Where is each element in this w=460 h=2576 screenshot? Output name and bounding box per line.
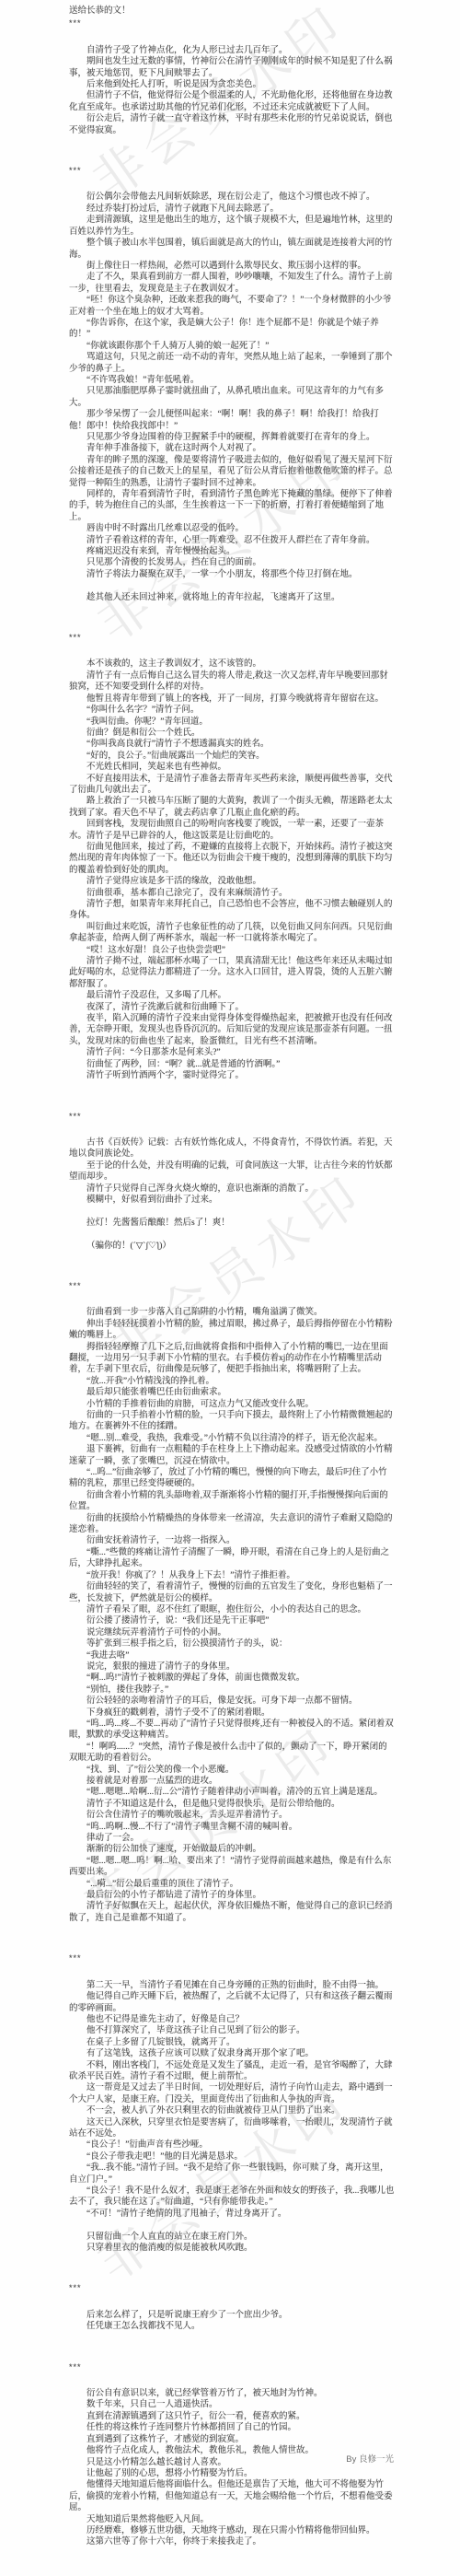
story-paragraph: 天地知道后果然将他贬入凡间。: [69, 2514, 396, 2525]
story-paragraph: 律动了一会。: [69, 1833, 396, 1844]
story-paragraph: “你叫我高良就行”清竹子不想透漏真实的姓名。: [69, 739, 396, 750]
story-paragraph: 衍曲看到一步一步落入自己陷阱的小竹精，嘴角溢满了微笑。: [69, 1307, 396, 1318]
story-paragraph: 衍公走后，清竹子就一直守着这竹林，平时有那些未化形的竹兄弟说说话，倒也不觉得寂寞…: [69, 113, 396, 136]
story-paragraph: 最后清竹子没忍住，又多喝了几杯。: [69, 990, 396, 1001]
story-paragraph: 他记得自己昨天睡下后，被热醒了，之后就不太记得了，只有和这孩子翻云覆雨的零碎画面…: [69, 1991, 396, 2014]
story-paragraph: 第二天一早，当清竹子看见摊在自己身旁睡的正熟的衍曲时，脸不由得一抽。: [69, 1980, 396, 1991]
section-separator: ***: [69, 2361, 396, 2372]
story-paragraph: “放...开我”小竹精浅浅的挣扎着。: [69, 1376, 396, 1387]
story-paragraph: 衍曲怔了两秒，回：“啊？就...就是普通的竹酒啊。”: [69, 1059, 396, 1070]
story-paragraph: 直到遇到了这株竹子，才感觉的到寂寞。: [69, 2434, 396, 2445]
story-paragraph: 期间也发生过无数的事情，竹神衍公在清竹子刚刚成年的时候不知是犯了什么祸事，被天地…: [69, 56, 396, 79]
story-paragraph: “啊...呜!”清竹子被刺激的弹起了身体，前面也微微发软。: [69, 1673, 396, 1684]
story-paragraph: 在桌子上多留了几锭银钱，就离开了。: [69, 2037, 396, 2048]
story-paragraph: 只留衍曲一个人直直的站立在康王府门外。: [69, 2232, 396, 2243]
story-paragraph: 清竹子有一点后悔自己这么冒失的将人带走,救这一次又怎样,青年早晚要回那豺狼窝，还…: [69, 670, 396, 694]
story-paragraph: “嗯...别...难受，我热，我难受。”小竹精不负以往清冷的样子，语无伦次起来。: [69, 1433, 396, 1444]
story-paragraph: 清竹子将法力凝聚在双手，一掌一个小朋友，将那些个侍卫打倒在地。: [69, 569, 396, 580]
story-paragraph: 小竹精的手推着衍曲的肩膀，可这点力气又能改变什么呢。: [69, 1399, 396, 1410]
story-paragraph: “...呜...”衍曲亲够了，放过了小竹精的嘴巴，慢慢的向下吻去，最后叼住了小竹…: [69, 1467, 396, 1490]
story-paragraph: 清竹子好似飘在天上，起起伏伏，浑身依旧燥热不断，他觉得自己的意识已经消散了，连自…: [69, 1901, 396, 1924]
story-paragraph: 有了这笔钱，这孩子应该可以赎了奴隶身离开那个家了吧。: [69, 2048, 396, 2059]
story-paragraph: 清竹子只觉得自己浑身火烧火燎的，意识也渐渐的消散了。: [69, 1183, 396, 1195]
story-paragraph: 衍曲轻轻的笑了，看着清竹子，慢慢的衍曲的五官发生了变化，身形也魁梧了一些，长发披…: [69, 1581, 396, 1604]
story-paragraph: 走了不久，果真看到前方一群人围着，吵吵嚷嚷，不知发生了什么。清竹子上前一步，往里…: [69, 272, 396, 295]
story-paragraph: 退下裹裤，衍曲有一点粗糙的手在柱身上上下撸动起来。没感受过情欲的小竹精迷蒙了一瞬…: [69, 1444, 396, 1467]
story-paragraph: 叫衍曲过来吃饭，清竹子也象征性的动了几筷，以免衍曲又问东问西。只见衍曲拿起茶壶，…: [69, 922, 396, 945]
section-separator: ***: [69, 17, 396, 29]
story-paragraph: “好的，良公子。”衍曲展露出一个灿烂的笑容。: [69, 751, 396, 762]
story-paragraph: 清竹子问：“今日那茶水是何来头?”: [69, 1047, 396, 1058]
story-paragraph: “呜...呜啊...慢...不行了”清竹子嘴里含糊不清的喊叫着。: [69, 1822, 396, 1833]
story-paragraph: 最后衍公的小竹子都钻进了清竹子的身体里。: [69, 1890, 396, 1901]
author-signature: By 良修一光: [346, 2452, 394, 2465]
story-paragraph: 最后却只能张着嘴巴任由衍曲索求。: [69, 1387, 396, 1398]
story-paragraph: 走到清源镇，这里是他出生的地方，这个镇子规模不大，但是遍地竹林，这里的百姓以养竹…: [69, 215, 396, 238]
story-paragraph: 拉灯！先酱酱后酿酿！然后s了！爽！: [69, 1218, 396, 1229]
story-paragraph: 不光姓氏相同，笑起来也有些神似。: [69, 762, 396, 773]
story-paragraph: 他暂且将青年带到了镇上的客栈，开了一间房，打算今晚就将青年留宿在这。: [69, 694, 396, 705]
story-paragraph: 拇指轻轻摩擦了几下之后,衍曲就将食指和中指伸入了小竹精的嘴巴,一边在里面翻搅，一…: [69, 1342, 396, 1376]
story-paragraph: “！啊呜......？”突然，清竹子像是被什么击中了似的，颤动了一下，睁开紧闭的…: [69, 1742, 396, 1765]
story-paragraph: 只见那少爷身边围着的侍卫握紧手中的硬棍，挥舞着就要打在青年的身上。: [69, 432, 396, 443]
story-paragraph: “嗯...嗯...嗯...呜！啊...哈、要出来了！”清竹子觉得前面越来越热，像…: [69, 1856, 396, 1879]
story-paragraph: 清竹子看呆了眼，忍不住红了眼眶，抱住衍公，小小的表达自己的思念。: [69, 1604, 396, 1615]
blank-line: [69, 2220, 396, 2231]
story-paragraph: 清竹子想，如果青年来拜托自己，自己恐怕也不会答应，他不习惯去触碰别人的身体。: [69, 899, 396, 922]
story-paragraph: 这一帮竟是又过去了半日时间，一切处理好后，清竹子向竹山走去，路中遇到一个大户人家…: [69, 2082, 396, 2105]
story-paragraph: 渐渐的衍公加快了速度，开始做最后的冲刺。: [69, 1844, 396, 1855]
story-paragraph: “良公子！我不是什么奴才，我是康王老爷在外面和妓女的野孩子，我...我哪儿也去不…: [69, 2186, 396, 2209]
story-paragraph: 衍公轻轻的亲吻着清竹子的耳后，像是安抚。可身下却一点都不留情。: [69, 1696, 396, 1707]
story-paragraph: “嗯...嗯嗯...哈啊...衍...公”清竹子随着律动小声叫着，清冷的五官上满…: [69, 1787, 396, 1798]
story-paragraph: 这天已入深秋，只穿里衣怕是要害病了，衍曲哆嗦着，一抬眼儿，发现清竹子就站在不远处…: [69, 2117, 396, 2140]
story-paragraph: “不可！”清竹子绝情的甩了甩袖子，背过身离开了。: [69, 2209, 396, 2220]
section-separator: ***: [69, 165, 396, 176]
story-paragraph: 衍曲见他回来，接过了药，不避嫌的直接将上衣脱下，开始抹药。清竹子被这突然出现的青…: [69, 842, 396, 876]
story-paragraph: 衍曲含着小竹精的乳头舔吻着,双手渐渐将小竹精的腿打开,手指慢慢探向后面的位置。: [69, 1490, 396, 1513]
story-paragraph: “我进去咯”: [69, 1650, 396, 1661]
story-paragraph: 后来怎么样了，只是听说康王府少了一个庶出少爷。: [69, 2310, 396, 2321]
story-paragraph: “呸！你这个臭杂种，还敢来惹我的晦气，不要命了？！”一个身材微胖的小少爷正对着一…: [69, 295, 396, 318]
story-paragraph: 他也不记得是谁先主动了，好像是自己？: [69, 2014, 396, 2025]
story-paragraph: 但清竹子不信，他觉得衍公是个很温柔的人，不光助他化形，还将他留在身边教化直至成年…: [69, 90, 396, 113]
blank-line: [69, 580, 396, 591]
story-paragraph: 衍曲的抚摸给小竹精燥热的身体带来一丝清凉，失去意识的清竹子难耐又隐隐的迷恋着。: [69, 1513, 396, 1536]
story-paragraph: “你就该跟你那个千人骑万人骑的娘一起死了！”: [69, 341, 396, 352]
story-paragraph: 唇齿中时不时露出几丝难以忍受的低吟。: [69, 523, 396, 534]
story-body: ***自清竹子受了竹神点化，化为人形已过去几百年了。期间也发生过无数的事情，竹神…: [69, 17, 396, 2547]
section-separator: ***: [69, 632, 396, 643]
story-paragraph: “找、到、了”衍公笑的像一个小恶魔。: [69, 1765, 396, 1776]
story-paragraph: 古书《百妖传》记载：古有妖竹炼化成人，不得食青竹，不得饮竹酒。若犯，天地以食同族…: [69, 1137, 396, 1160]
blank-line: [69, 1229, 396, 1240]
story-paragraph: 说完继续玩弄着清竹子可怜的小洞。: [69, 1627, 396, 1638]
story-paragraph: 这第六世等了你十六年，你终于来接我走了。: [69, 2536, 396, 2547]
story-paragraph: 只穿着里衣的他消瘦的似是能被秋风吹跑。: [69, 2243, 396, 2254]
story-paragraph: 说完，狠狠的撞进了清竹子的身体里。: [69, 1661, 396, 1673]
story-paragraph: 模糊中，好似看到衍曲扑了过来。: [69, 1195, 396, 1206]
story-paragraph: 疼痛迟迟没有来到，青年慢慢抬起头。: [69, 546, 396, 557]
story-paragraph: （骗你的！(´▽`ʃ♡ƪ)）: [69, 1241, 396, 1252]
story-paragraph: 衍公自有意识以来，就已经掌管着万竹了，被天地封为竹神。: [69, 2388, 396, 2399]
story-paragraph: 衍公搂了搂清竹子，说：“我们还是先干正事吧”: [69, 1615, 396, 1626]
story-paragraph: “不许骂我娘！”青年低吼着。: [69, 375, 396, 386]
blank-line: [69, 1206, 396, 1217]
story-paragraph: 任凭康王怎么找都找不见人。: [69, 2321, 396, 2332]
story-paragraph: 夜深了，清竹子洗漱后就和衍曲睡下了。: [69, 1002, 396, 1013]
story-paragraph: 只见那个清俊的长发男人，挡在自己的面前。: [69, 557, 396, 568]
story-paragraph: “我叫衍曲。你呢？”青年回道。: [69, 717, 396, 728]
story-paragraph: “哎！这水好甜！良公子也快尝尝吧”: [69, 945, 396, 956]
story-paragraph: 夜半，陷入沉睡的清竹子没来由觉得身体变得燥热起来，把被掀开也没有任何改善，无奈睁…: [69, 1013, 396, 1047]
story-paragraph: “你告诉你，在这个家，我是嫡大公子！你！连个屁都不是！你就是个婊子养的！”: [69, 318, 396, 341]
story-paragraph: “别怕，搂住我脖子。”: [69, 1684, 396, 1696]
story-paragraph: 经过乔装打扮过后，清竹子就跑下凡间去除恶了。: [69, 204, 396, 215]
story-paragraph: 历经磨难，修够五世功德，天地终于感动，现在只需小竹精将他带回仙界。: [69, 2525, 396, 2536]
story-paragraph: 清竹子不知道这是什么，但是他只觉得很快乐，是衍公带给他的。: [69, 1799, 396, 1810]
document-page: 送给长恭的文！ ***自清竹子受了竹神点化，化为人形已过去几百年了。期间也发生过…: [0, 0, 460, 2576]
story-paragraph: 不一会，被人扒了外衣只剩里衣的衍曲就被侍卫从门里扔了出来。: [69, 2105, 396, 2116]
story-paragraph: 那少爷呆愣了一会儿便怪叫起来：“啊！啊！我的鼻子！啊！给我打！给我打他！郎中！快…: [69, 409, 396, 432]
story-paragraph: 他不打算深究了，毕竟这孩子让自己见到了衍公的影子。: [69, 2025, 396, 2036]
story-paragraph: 衍曲很乖，基本都自己涂完了，没有来麻烦清竹子。: [69, 888, 396, 899]
story-paragraph: 接着就是对着那一点猛烈的进攻。: [69, 1776, 396, 1787]
story-paragraph: 等扩张到三根手指之后，衍公摸摸清竹子的头，说：: [69, 1638, 396, 1649]
story-paragraph: 不料，刚出客栈门，不远处竟是又发生了骚乱，走近一看，是官爷喝醉了，大肆砍杀平民百…: [69, 2060, 396, 2083]
story-paragraph: 青年的眸子黑的深邃，像是要将清竹子吸进去似的，他好似看见了漫天星河下衍公接着还是…: [69, 455, 396, 489]
story-paragraph: 后来他到处托人打听，听说是因为贪恋美色。: [69, 79, 396, 90]
story-paragraph: 衍曲？倒是和衍公一个姓氏。: [69, 728, 396, 739]
page-title: 送给长恭的文！: [69, 6, 396, 17]
story-paragraph: 至于论的什么处，并没有明确的记载，可食同族这一大罪，让古往今来的竹妖都望而却步。: [69, 1160, 396, 1183]
story-paragraph: 路上救治了一只被马车压断了腿的大黄狗，教训了一个街头无赖，帮迷路老太太找到了家。…: [69, 796, 396, 819]
story-paragraph: 清竹子觉得应该是多干活的缘故，没敢他想。: [69, 876, 396, 887]
story-paragraph: “放开我！你疯了？！从我身上下去！”清竹子推拒着。: [69, 1570, 396, 1581]
story-paragraph: 他懂得天地知道后他将面临什么。但他还是禀告了天地，他大可不将他娶为竹后，偷摸的宠…: [69, 2479, 396, 2513]
story-paragraph: 伸出手轻轻抚摸着小竹精的脸，拂过眉眼，拂过鼻子，最后拇指停留在小竹精粉嫩的嘴唇上…: [69, 1319, 396, 1342]
section-separator: ***: [69, 2282, 396, 2293]
story-paragraph: 骂道这句，只见之前还一动不动的青年，突然从地上站了起来，一拳锤到了那个少爷的鼻子…: [69, 352, 396, 375]
story-paragraph: 不好直接用法术，于是清竹子准备去帮青年买些药来涂，顺便再做些善事，交代了衍曲几句…: [69, 774, 396, 797]
story-paragraph: “良公子带我走吧！”他的目光满是恳求。: [69, 2151, 396, 2162]
story-paragraph: “嘶...”些微的疼痛让清竹子清醒了一瞬，睁开眼，看清在自己身上的人是衍曲之后，…: [69, 1547, 396, 1570]
story-paragraph: 下身疯狂的戳刺着，清竹子受不了的紧闭着眼。: [69, 1708, 396, 1719]
story-paragraph: “我...我不能。”清竹子回。“我不是给了你一些银钱吗，你可赎了身，离开这里，自…: [69, 2162, 396, 2186]
story-paragraph: “...嗬...”衍公最后重重的顶住了清竹子。: [69, 1879, 396, 1890]
story-paragraph: 数千年来，只自己一人逍遥快活。: [69, 2399, 396, 2410]
story-paragraph: 回到客栈，发现衍曲照自己的吩咐向客栈要了晚饭，一荤一素，还要了一壶茶水。清竹子是…: [69, 819, 396, 842]
story-paragraph: 衍曲的一只手掐着小竹精的脸，一只手向下摸去，最终附上了小竹精微微翘起的地方。在裹…: [69, 1410, 396, 1433]
story-paragraph: 同样的，青年看到清竹子时，看到清竹子黑色眸光下掩藏的墨绿。便停下了伸着的手，转为…: [69, 489, 396, 523]
story-paragraph: 街上像往日一样热闹，必然可以遇到什么欺辱民女、欺压弱小这样的事。: [69, 261, 396, 272]
section-separator: ***: [69, 1111, 396, 1122]
story-paragraph: 本不该救的，这主子教训奴才，这不该管的。: [69, 659, 396, 670]
story-paragraph: 衍公偶尔会带他去凡间斩妖除恶，现在衍公走了，他这个习惯也改不掉了。: [69, 192, 396, 203]
story-paragraph: 自清竹子受了竹神点化，化为人形已过去几百年了。: [69, 45, 396, 56]
section-separator: ***: [69, 1952, 396, 1964]
story-paragraph: 清竹子拗不过，端起那杯水喝了一口，果真清甜无比！他这些年来还从未喝过如此好喝的水…: [69, 956, 396, 990]
story-paragraph: 清竹子看着这样的青年，心里一阵难受，忍不住拨开人群拦在了青年身前。: [69, 535, 396, 546]
section-separator: ***: [69, 1280, 396, 1291]
story-paragraph: 让他起了别的心思，想将小竹精娶为竹后。: [69, 2468, 396, 2479]
story-paragraph: 只见那油脂肥厚鼻子霎时就扭曲了，从鼻孔喷出血来。可见这青年的力气有多大。: [69, 386, 396, 409]
story-paragraph: 整个镇子被山水半包围着，镇后面就是高大的竹山，镇左面就是连接着大河的竹海。: [69, 238, 396, 261]
story-paragraph: 青年伸手准备接下，就在这时两个人对视了。: [69, 443, 396, 454]
story-paragraph: 直到在清源镇遇到了这只竹子，衍公一看，便喜欢的紧。: [69, 2411, 396, 2422]
story-paragraph: “呜...呜...疼...不要...再动了”清竹子只觉得很疼,还有一种被侵入的不…: [69, 1719, 396, 1742]
story-paragraph: 清竹子听到竹酒两个字，霎时觉得完了。: [69, 1070, 396, 1081]
story-paragraph: “你叫什么名字？”清竹子问。: [69, 705, 396, 716]
story-paragraph: 衍曲安抚着清竹子，一边将一指探入。: [69, 1535, 396, 1546]
story-paragraph: 任性的将这株竹子连同整片竹林都捎回了自己的竹园。: [69, 2422, 396, 2433]
story-paragraph: “良公子！”衍曲声音有些沙哑。: [69, 2139, 396, 2151]
story-paragraph: 趁其他人还未回过神来，就将地上的青年拉起，飞速离开了这里。: [69, 592, 396, 603]
story-paragraph: 衍公含住清竹子的嘴吮吸起来，舌头逗弄着清竹子。: [69, 1810, 396, 1821]
